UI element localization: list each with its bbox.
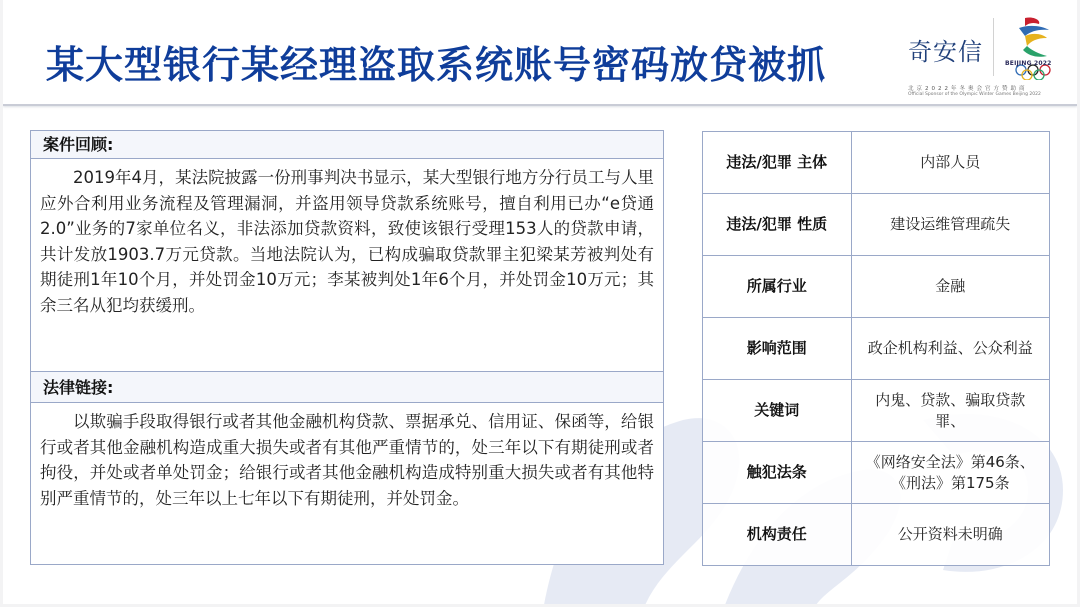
row-value-keywords: 内鬼、贷款、骗取贷款罪、	[851, 380, 1049, 442]
row-key-subject: 违法/犯罪 主体	[703, 132, 852, 194]
slide: 某大型银行某经理盗取系统账号密码放贷被抓 奇安信 BEIJING 2022 北京…	[3, 0, 1077, 604]
row-value-responsibility: 公开资料未明确	[851, 504, 1049, 566]
sponsor-text-en: Official Sponsor of the Olympic Winter G…	[908, 92, 1041, 97]
sponsor-text-cn: 北京2022年冬奥会官方赞助商	[908, 84, 1028, 92]
row-key-responsibility: 机构责任	[703, 504, 852, 566]
header-bar: 某大型银行某经理盗取系统账号密码放贷被抓 奇安信 BEIJING 2022 北京…	[3, 0, 1077, 106]
table-row: 关键词 内鬼、贷款、骗取贷款罪、	[703, 380, 1050, 442]
legal-link-heading: 法律链接:	[31, 371, 663, 403]
table-row: 违法/犯罪 主体 内部人员	[703, 132, 1050, 194]
table-row: 所属行业 金融	[703, 256, 1050, 318]
table-row: 影响范围 政企机构利益、公众利益	[703, 318, 1050, 380]
case-details-panel: 案件回顾: 2019年4月，某法院披露一份刑事判决书显示，某大型银行地方分行员工…	[30, 130, 664, 565]
row-value-laws: 《网络安全法》第46条、《刑法》第175条	[851, 442, 1049, 504]
company-logo-text: 奇安信	[908, 32, 983, 67]
table-row: 触犯法条 《网络安全法》第46条、《刑法》第175条	[703, 442, 1050, 504]
sponsor-logo: 奇安信 BEIJING 2022 北京2022年冬奥会官方赞助商 Officia…	[898, 12, 1073, 102]
row-key-laws: 触犯法条	[703, 442, 852, 504]
page-title: 某大型银行某经理盗取系统账号密码放贷被抓	[46, 34, 826, 89]
case-review-heading: 案件回顾:	[31, 131, 663, 159]
row-key-scope: 影响范围	[703, 318, 852, 380]
row-key-keywords: 关键词	[703, 380, 852, 442]
emblem-label: BEIJING 2022	[1005, 60, 1052, 67]
row-key-industry: 所属行业	[703, 256, 852, 318]
table-row: 机构责任 公开资料未明确	[703, 504, 1050, 566]
row-value-subject: 内部人员	[851, 132, 1049, 194]
legal-link-text: 以欺骗手段取得银行或者其他金融机构贷款、票据承兑、信用证、保函等，给银行或者其他…	[31, 403, 663, 563]
beijing-2022-emblem-icon	[1003, 14, 1063, 80]
case-info-table: 违法/犯罪 主体 内部人员 违法/犯罪 性质 建设运维管理疏失 所属行业 金融 …	[702, 131, 1050, 566]
row-value-scope: 政企机构利益、公众利益	[851, 318, 1049, 380]
case-review-text: 2019年4月，某法院披露一份刑事判决书显示，某大型银行地方分行员工与人里应外合…	[31, 159, 663, 371]
row-value-nature: 建设运维管理疏失	[851, 194, 1049, 256]
row-key-nature: 违法/犯罪 性质	[703, 194, 852, 256]
logo-divider	[993, 18, 994, 76]
table-row: 违法/犯罪 性质 建设运维管理疏失	[703, 194, 1050, 256]
row-value-industry: 金融	[851, 256, 1049, 318]
